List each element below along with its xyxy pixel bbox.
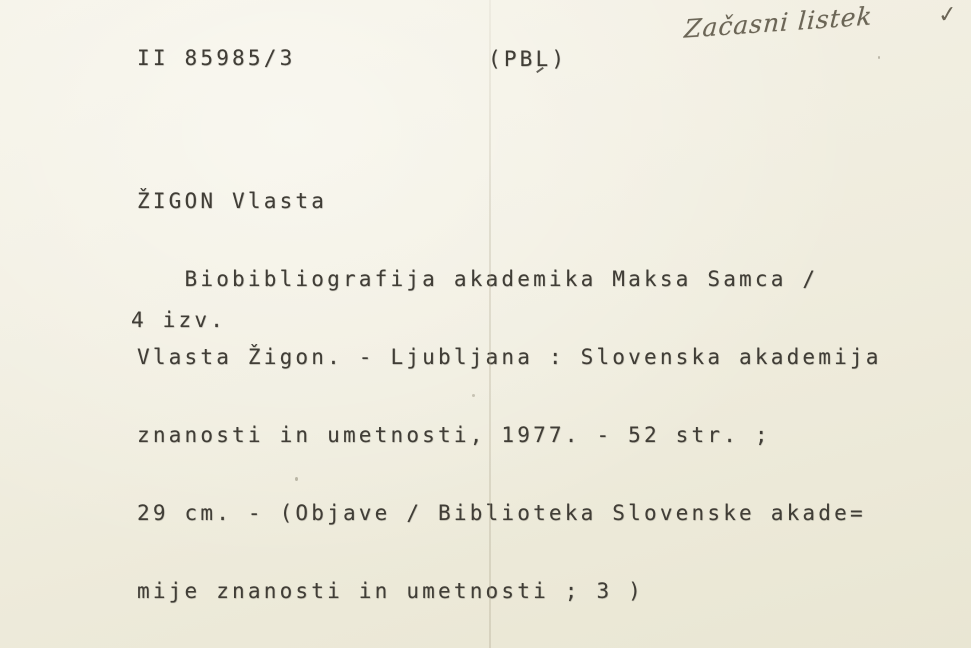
classification-code: (PBL) (488, 46, 567, 72)
entry-line-author-pub: Vlasta Žigon. - Ljubljana : Slovenska ak… (137, 344, 882, 370)
entry-line-publisher: znanosti in umetnosti, 1977. - 52 str. ; (137, 422, 882, 448)
entry-line-heading: ŽIGON Vlasta (137, 188, 882, 214)
catalog-card: II 85985/3 (PBL) Začasni listek ✓ ŽIGON … (0, 0, 971, 648)
card-crease-line (489, 0, 491, 648)
call-number: II 85985/3 (137, 45, 295, 71)
entry-line-series-2: mije znanosti in umetnosti ; 3 ) (137, 578, 882, 604)
paper-speck (472, 394, 475, 397)
paper-speck (295, 477, 298, 481)
entry-line-title: Biobibliografija akademika Maksa Samca / (137, 266, 882, 292)
paper-speck (878, 56, 880, 59)
checkmark-icon: ✓ (937, 1, 959, 29)
copies-count: 4 izv. (131, 307, 226, 333)
entry-line-series-1: 29 cm. - (Objave / Biblioteka Slovenske … (137, 500, 882, 526)
catalog-entry: ŽIGON Vlasta Biobibliografija akademika … (137, 136, 882, 648)
handwritten-note: Začasni listek (683, 1, 873, 43)
